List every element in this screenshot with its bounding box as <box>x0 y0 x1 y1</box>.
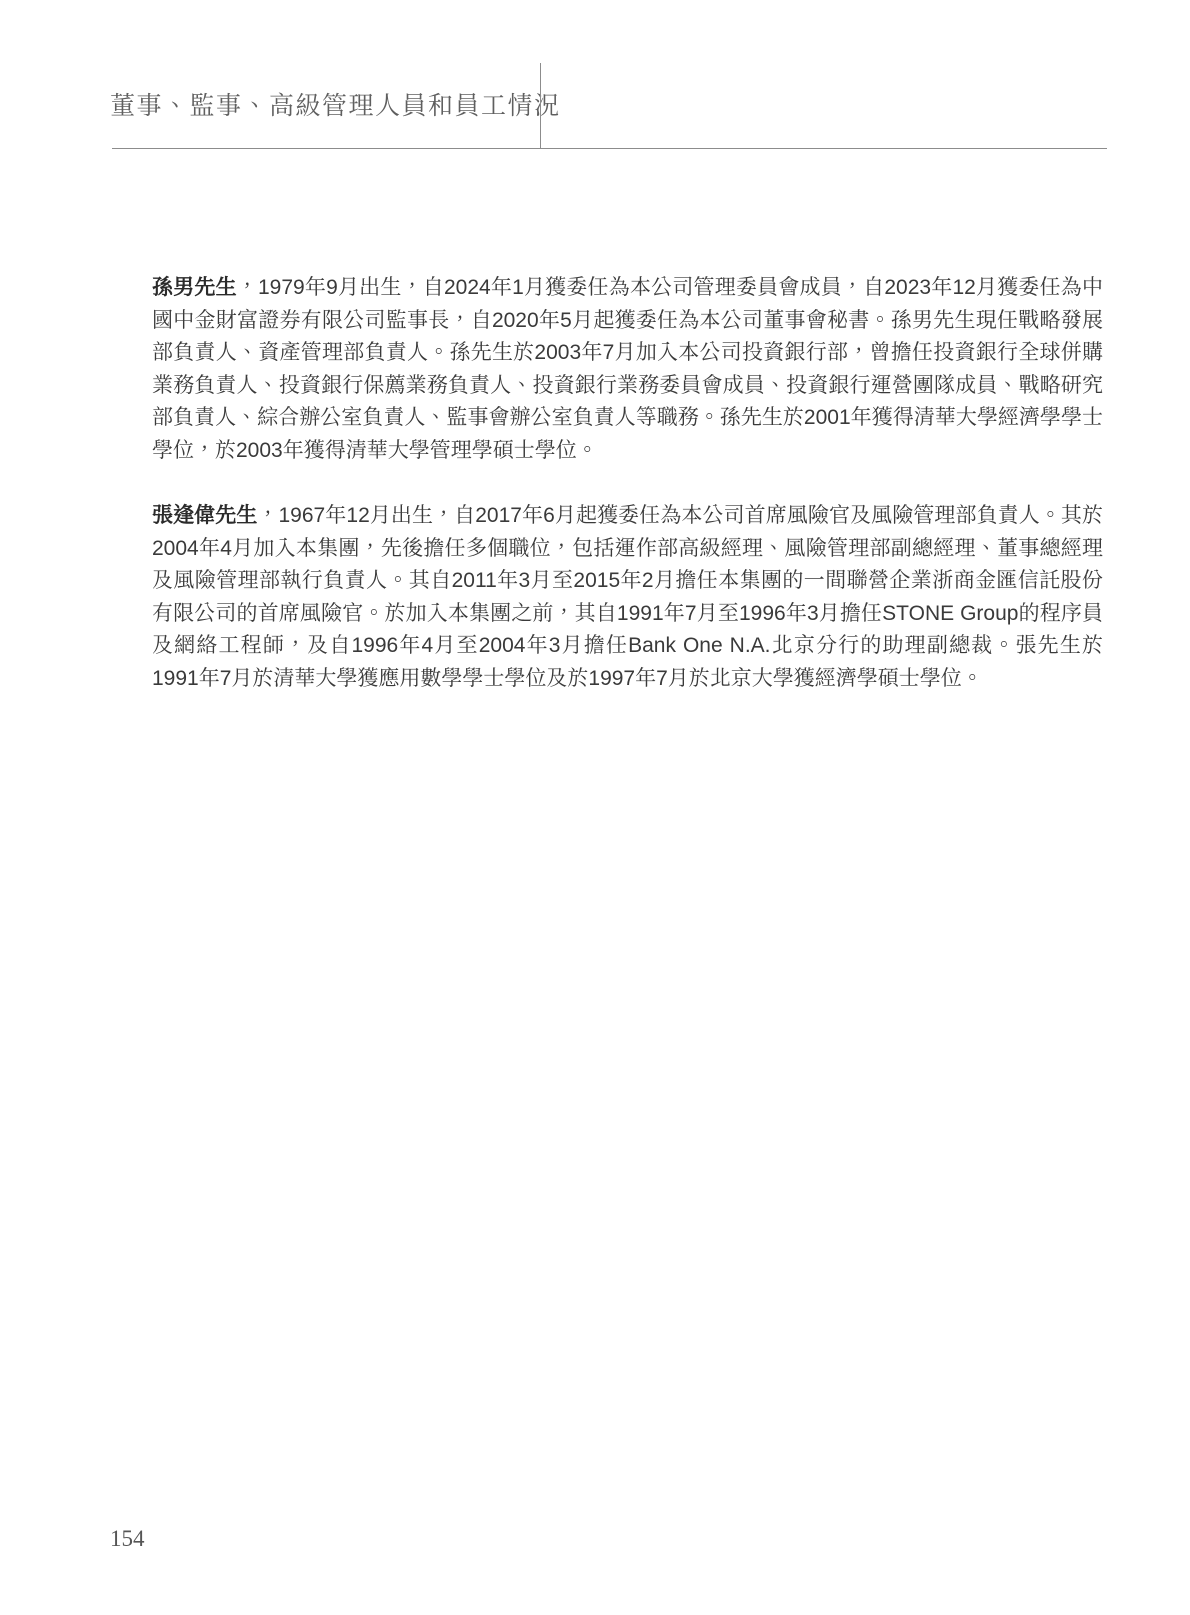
biography-content: 孫男先生，1979年9月出生，自2024年1月獲委任為本公司管理委員會成員，自2… <box>152 272 1103 728</box>
header-vertical-divider <box>540 63 541 149</box>
document-page: 董事、監事、高級管理人員和員工情況 孫男先生，1979年9月出生，自2024年1… <box>0 0 1190 1615</box>
bio-paragraph-sun-nan: 孫男先生，1979年9月出生，自2024年1月獲委任為本公司管理委員會成員，自2… <box>152 272 1103 467</box>
header-horizontal-rule <box>112 148 1107 149</box>
section-title: 董事、監事、高級管理人員和員工情況 <box>110 86 561 122</box>
person-name: 孫男先生 <box>152 276 237 299</box>
page-number: 154 <box>110 1526 145 1552</box>
bio-paragraph-zhang-fengwei: 張逢偉先生，1967年12月出生，自2017年6月起獲委任為本公司首席風險官及風… <box>152 500 1103 695</box>
bio-text: ，1967年12月出生，自2017年6月起獲委任為本公司首席風險官及風險管理部負… <box>152 504 1103 690</box>
bio-text: ，1979年9月出生，自2024年1月獲委任為本公司管理委員會成員，自2023年… <box>152 276 1103 462</box>
person-name: 張逢偉先生 <box>152 504 257 527</box>
